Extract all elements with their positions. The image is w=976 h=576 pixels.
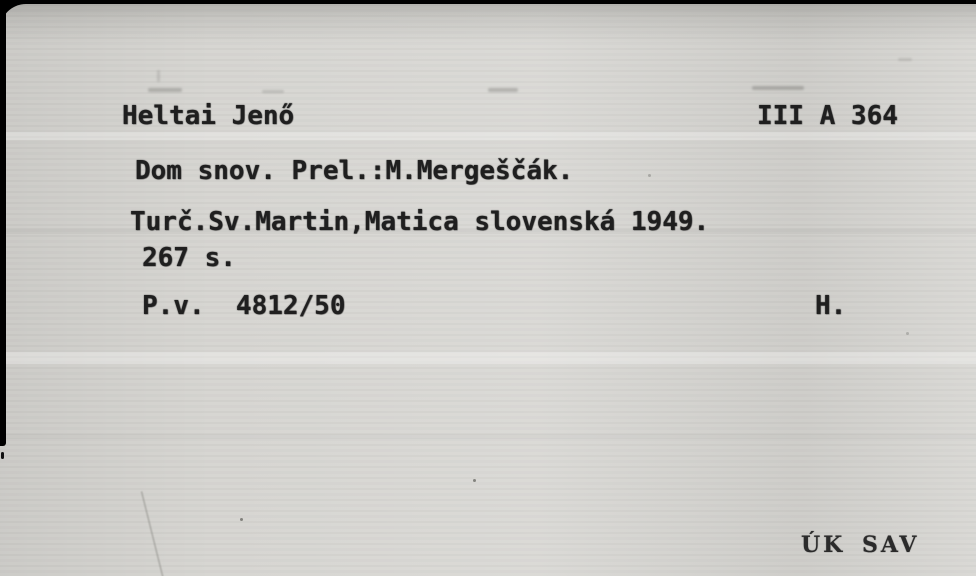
ink-smudge [157,70,160,82]
ink-smudge [262,90,284,93]
author-heading: Heltai Jenő [122,100,294,132]
call-number: III A 364 [757,100,898,132]
pagination-line: 267 s. [142,242,236,274]
paper-speck [906,332,909,335]
paper-speck [648,174,651,177]
ink-smudge [488,88,518,92]
accession-number: P.v. 4812/50 [142,290,346,322]
library-stamp: ÚK SAV [801,532,919,558]
holdings-note: H. [815,290,846,322]
ink-smudge [752,86,804,90]
scan-streak [0,434,976,439]
title-statement: Dom snov. Prel.:M.Mergeščák. [135,155,573,187]
ink-smudge [898,58,912,61]
paper-speck [473,479,476,482]
catalog-card: Heltai Jenő III A 364 Dom snov. Prel.:M.… [0,4,976,576]
scan-streak [0,132,976,140]
scan-edge-left [0,0,6,446]
paper-crease [141,491,166,576]
scan-streak [0,352,976,364]
scan-edge-mark [1,452,4,459]
scanned-catalog-card-page: { "colors": { "scan_background": "#00000… [0,0,976,576]
ink-smudge [148,88,182,92]
imprint-line: Turč.Sv.Martin,Matica slovenská 1949. [130,206,709,238]
paper-speck [240,518,243,521]
